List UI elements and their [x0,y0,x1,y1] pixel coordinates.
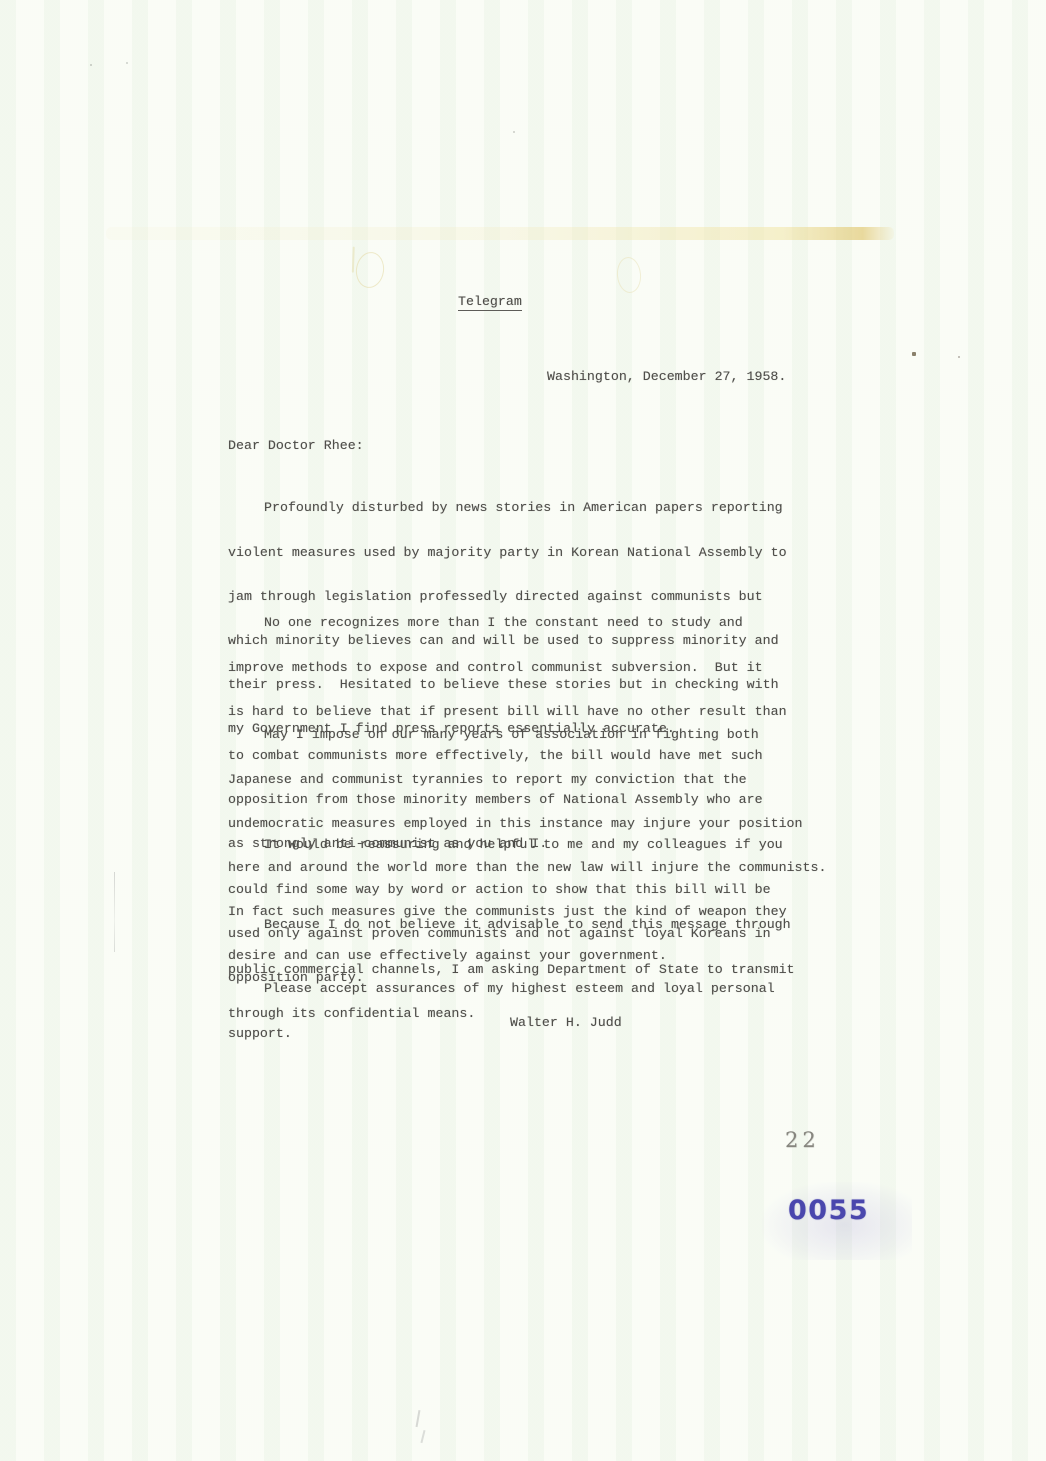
ink-stain-ring [354,250,387,290]
paragraph-line: improve methods to expose and control co… [228,661,787,676]
paper-speck [958,356,960,358]
pencil-mark [420,1430,425,1443]
letter-heading-text: Telegram [458,294,522,311]
page-number: 22 [785,1128,820,1152]
paper-speck [126,62,128,64]
scanned-telegram-page: Telegram Washington, December 27, 1958. … [0,0,1046,1461]
paragraph-line: Because I do not believe it advisable to… [228,918,795,933]
paragraph-line: No one recognizes more than I the consta… [228,616,787,631]
letter-dateline: Washington, December 27, 1958. [547,370,786,385]
archive-stamp-number: 0055 [788,1195,869,1226]
letter-salutation: Dear Doctor Rhee: [228,439,364,454]
letter-signature: Walter H. Judd [510,1016,622,1031]
paragraph-line: May I impose on our many years of associ… [228,728,826,743]
paragraph-line: violent measures used by majority party … [228,546,787,561]
paper-speck [912,352,916,356]
paragraph-line: It would be reassuring and helpful to me… [228,838,783,853]
letter-heading: Telegram [458,295,522,310]
ink-stain-ring [615,256,642,294]
paper-crease-stain [106,227,894,240]
paragraph-line: Profoundly disturbed by news stories in … [228,501,787,516]
paper-speck [513,131,515,133]
paragraph-line: support. [228,1027,775,1042]
paper-speck [90,64,92,66]
pencil-mark [416,1410,420,1427]
pencil-margin-mark [114,872,115,952]
paragraph-line: Japanese and communist tyrannies to repo… [228,773,826,788]
letter-paragraph-6: Please accept assurances of my highest e… [228,953,775,1071]
paragraph-line: Please accept assurances of my highest e… [228,982,775,997]
